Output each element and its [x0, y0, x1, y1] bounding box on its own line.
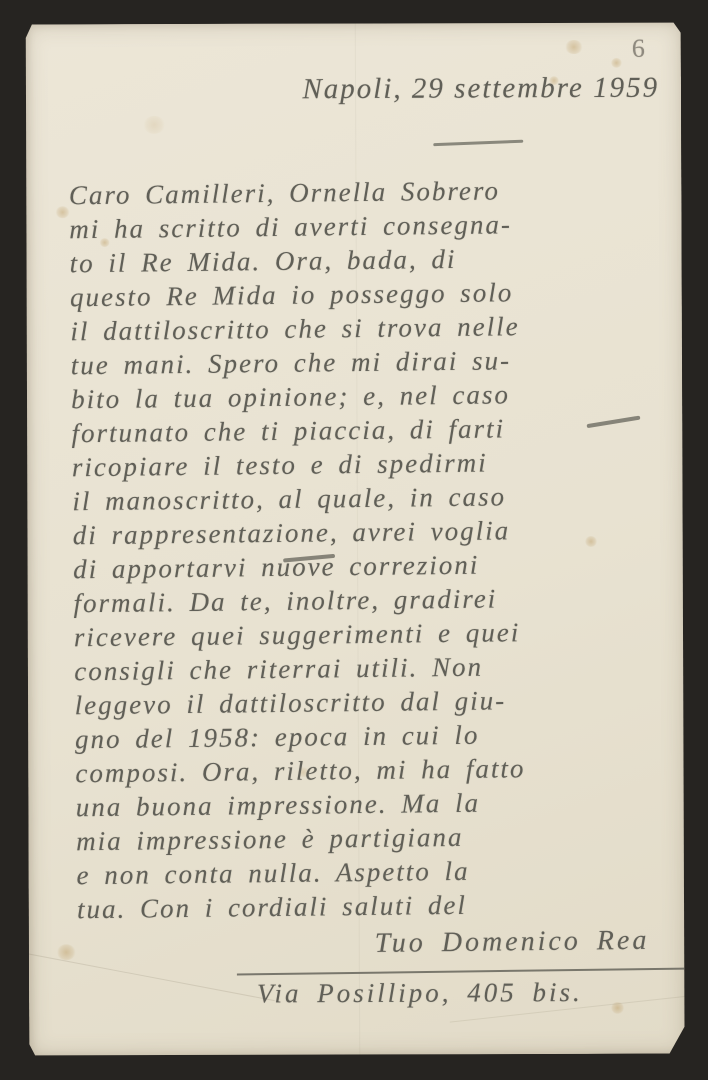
dateline: Napoli, 29 settembre 1959 — [302, 72, 659, 107]
foxing-stain — [143, 116, 165, 134]
page-number: 6 — [632, 34, 645, 64]
foxing-stain — [57, 944, 76, 960]
foxing-stain — [611, 58, 622, 68]
address: Via Posillipo, 405 bis. — [257, 977, 583, 1009]
letter-paper: 6 Napoli, 29 settembre 1959 Caro Camille… — [25, 22, 685, 1057]
foxing-stain — [611, 1002, 624, 1014]
letter-body: Caro Camilleri, Ornella Sobrero mi ha sc… — [69, 172, 666, 969]
foxing-stain — [565, 40, 583, 54]
date-underline — [433, 140, 523, 147]
address-divider — [237, 968, 685, 976]
scanned-letter-photo: 6 Napoli, 29 settembre 1959 Caro Camille… — [0, 0, 708, 1080]
signature: Tuo Domenico Rea — [77, 920, 665, 969]
foxing-stain — [56, 206, 70, 218]
